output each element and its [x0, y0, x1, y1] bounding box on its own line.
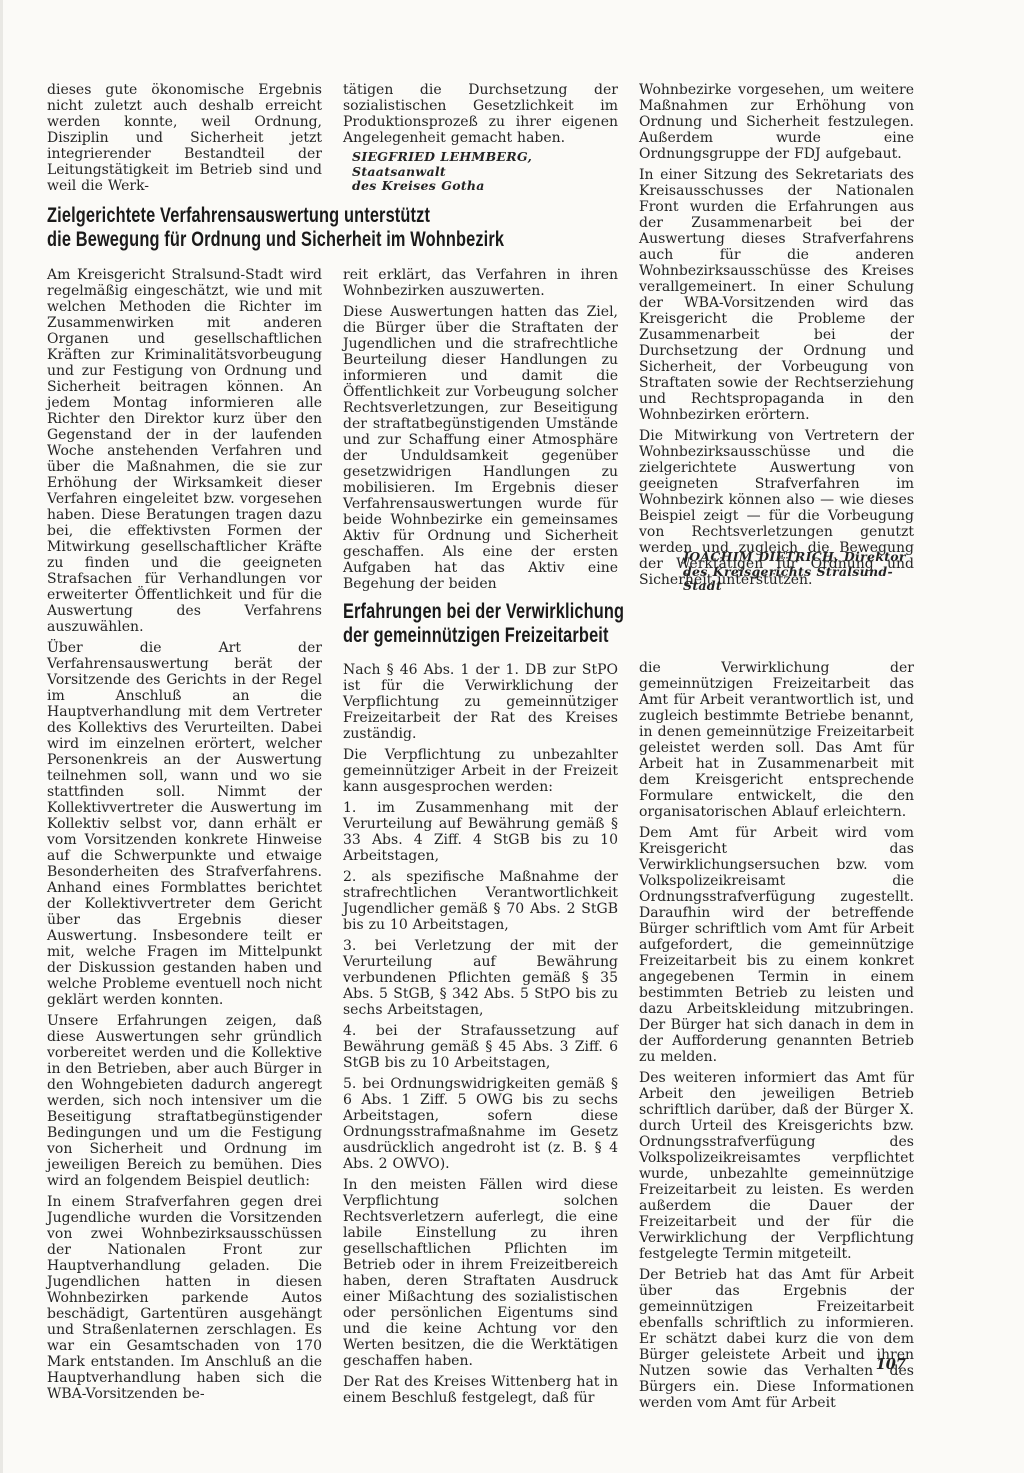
paragraph: Wohnbezirke vorgesehen, um weitere Maßna… — [639, 82, 914, 162]
paragraph: In einer Sitzung des Sekretariats des Kr… — [639, 167, 914, 423]
freizeitarbeit-column-left: Nach § 46 Abs. 1 der 1. DB zur StPO ist … — [343, 662, 618, 1406]
paragraph: Der Betrieb hat das Amt für Arbeit über … — [639, 1267, 914, 1411]
page-number: 107 — [639, 1356, 906, 1373]
paragraph: Nach § 46 Abs. 1 der 1. DB zur StPO ist … — [343, 662, 618, 742]
freizeitarbeit-column-right: die Verwirklichung der gemeinnützigen Fr… — [639, 660, 914, 1411]
paragraph: Über die Art der Verfahrensauswertung be… — [47, 640, 322, 1008]
paragraph: 3. bei Verletzung der mit der Verurteilu… — [343, 938, 618, 1018]
scan-edge-shadow — [0, 0, 3, 1473]
paragraph: Am Kreisgericht Stralsund-Stadt wird reg… — [47, 267, 322, 635]
paragraph: Dem Amt für Arbeit wird vom Kreisgericht… — [639, 825, 914, 1065]
prev-article-byline-wrap: SIEGFRIED LEHMBERG, Staatsanwalt des Kre… — [343, 146, 618, 194]
article-title-verfahrensauswertung: Zielgerichtete Verfahrensauswertung unte… — [47, 204, 518, 251]
prev-article-column-middle: tätigen die Durchsetzung der sozialistis… — [343, 82, 618, 146]
paragraph: Des weiteren informiert das Amt für Arbe… — [639, 1070, 914, 1262]
verfahrensauswertung-byline-wrap: JOACHIM DIETRICH, Direktor des Kreisgeri… — [639, 546, 914, 594]
paragraph: Diese Auswertungen hatten das Ziel, die … — [343, 304, 618, 592]
verfahrensauswertung-column-middle: reit erklärt, das Verfahren in ihren Woh… — [343, 267, 618, 592]
paragraph: Unsere Erfahrungen zeigen, daß diese Aus… — [47, 1013, 322, 1189]
paragraph: 4. bei der Strafaussetzung auf Bewährung… — [343, 1023, 618, 1071]
paragraph: dieses gute ökonomische Ergebnis nicht z… — [47, 82, 322, 194]
paragraph: reit erklärt, das Verfahren in ihren Woh… — [343, 267, 618, 299]
verfahrensauswertung-column-right: Wohnbezirke vorgesehen, um weitere Maßna… — [639, 82, 914, 588]
prev-article-column-left: dieses gute ökonomische Ergebnis nicht z… — [47, 82, 322, 194]
paragraph: In einem Strafverfahren gegen drei Jugen… — [47, 1194, 322, 1402]
paragraph: In den meisten Fällen wird diese Verpfli… — [343, 1177, 618, 1369]
verfahrensauswertung-column-left: Am Kreisgericht Stralsund-Stadt wird reg… — [47, 267, 322, 1402]
paragraph: Die Verpflichtung zu unbezahlter gemeinn… — [343, 747, 618, 795]
prev-article-byline: SIEGFRIED LEHMBERG, Staatsanwalt des Kre… — [343, 150, 618, 194]
paragraph: 5. bei Ordnungswidrigkeiten gemäß § 6 Ab… — [343, 1076, 618, 1172]
paragraph: tätigen die Durchsetzung der sozialistis… — [343, 82, 618, 146]
article-title-freizeitarbeit: Erfahrungen bei der Verwirklichung der g… — [343, 600, 677, 647]
verfahrensauswertung-byline: JOACHIM DIETRICH, Direktor des Kreisgeri… — [639, 550, 914, 594]
journal-page: dieses gute ökonomische Ergebnis nicht z… — [0, 0, 1024, 1473]
paragraph: die Verwirklichung der gemeinnützigen Fr… — [639, 660, 914, 820]
paragraph: Der Rat des Kreises Wittenberg hat in ei… — [343, 1374, 618, 1406]
paragraph: 1. im Zusammenhang mit der Verurteilung … — [343, 800, 618, 864]
paragraph: 2. als spezifische Maßnahme der strafrec… — [343, 869, 618, 933]
